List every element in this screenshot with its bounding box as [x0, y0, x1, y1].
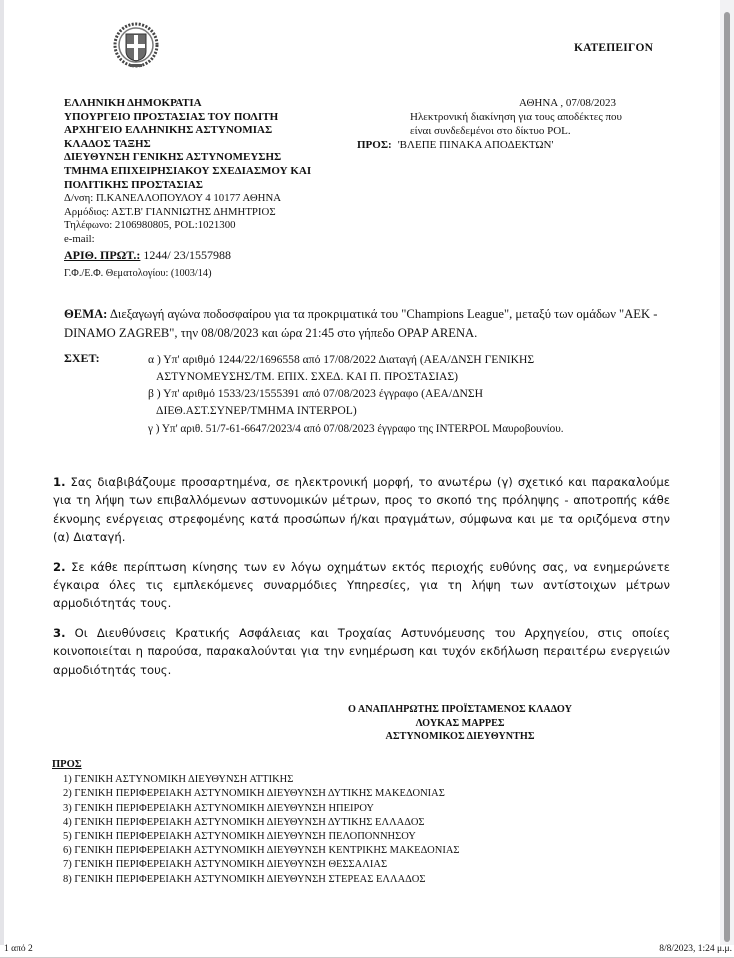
paragraph-text: Οι Διευθύνσεις Κρατικής Ασφάλειας και Τρ…: [53, 626, 670, 677]
signatory-rank: ΑΣΤΥΝΟΜΙΚΟΣ ΔΙΕΥΘΥΝΤΗΣ: [290, 730, 630, 744]
reference-item-cont: ΑΣΤΥΝΟΜΕΥΣΗΣ/ΤΜ. ΕΠΙΧ. ΣΧΕΔ. ΚΑΙ Π. ΠΡΟΣ…: [148, 368, 658, 385]
issuer-email: e-mail:: [64, 233, 311, 247]
signatory-title: Ο ΑΝΑΠΛΗΡΩΤΗΣ ΠΡΟΪΣΤΑΜΕΝΟΣ ΚΛΑΔΟΥ: [290, 703, 630, 717]
issuer-responsible: Αρμόδιος: ΑΣΤ.Β' ΓΙΑΝΝΙΩΤΗΣ ΔΗΜΗΤΡΙΟΣ: [64, 206, 311, 220]
document-page: ΚΑΤΕΠΕΙΓΟΝ ΕΛΛΗΝΙΚΗ ΔΗΜΟΚΡΑΤΙΑ ΥΠΟΥΡΓΕΙΟ…: [0, 0, 720, 945]
recipient-item: 3) ΓΕΝΙΚΗ ΠΕΡΙΦΕΡΕΙΑΚΗ ΑΣΤΥΝΟΜΙΚΗ ΔΙΕΥΘΥ…: [63, 802, 460, 816]
recipients-list: ΠΡΟΣ 1) ΓΕΝΙΚΗ ΑΣΤΥΝΟΜΙΚΗ ΔΙΕΥΘΥΝΣΗ ΑΤΤΙ…: [52, 758, 460, 887]
subject-index: Γ.Φ./Ε.Φ. Θεματολογίου: (1003/14): [64, 267, 311, 281]
distribution-notice: Ηλεκτρονική διακίνηση για τους αποδέκτες…: [410, 111, 710, 138]
issuer-line: ΑΡΧΗΓΕΙΟ ΕΛΛΗΝΙΚΗΣ ΑΣΤΥΝΟΜΙΑΣ: [64, 124, 311, 138]
to-value: 'ΒΛΕΠΕ ΠΙΝΑΚΑ ΑΠΟΔΕΚΤΩΝ': [398, 139, 554, 151]
reference-item: β ) Υπ' αριθμό 1533/23/1555391 από 07/08…: [148, 385, 658, 402]
recipient-item: 6) ΓΕΝΙΚΗ ΠΕΡΙΦΕΡΕΙΑΚΗ ΑΣΤΥΝΟΜΙΚΗ ΔΙΕΥΘΥ…: [63, 844, 460, 858]
recipient-item: 4) ΓΕΝΙΚΗ ΠΕΡΙΦΕΡΕΙΑΚΗ ΑΣΤΥΝΟΜΙΚΗ ΔΙΕΥΘΥ…: [63, 816, 460, 830]
paragraph: 2. Σε κάθε περίπτωση κίνησης των εν λόγω…: [53, 558, 670, 613]
vertical-scrollbar[interactable]: [720, 0, 734, 945]
paragraph-text: Σε κάθε περίπτωση κίνησης των εν λόγω οχ…: [53, 560, 670, 611]
paragraph-number: 1.: [53, 475, 65, 489]
paragraph-number: 2.: [53, 560, 65, 574]
to-label: ΠΡΟΣ:: [357, 139, 392, 151]
print-timestamp: 8/8/2023, 1:24 μ.μ.: [659, 944, 732, 954]
scrollbar-thumb[interactable]: [724, 12, 730, 942]
body-paragraphs: 1. Σας διαβιβάζουμε προσαρτημένα, σε ηλε…: [53, 473, 670, 690]
paragraph: 3. Οι Διευθύνσεις Κρατικής Ασφάλειας και…: [53, 624, 670, 679]
place-date: ΑΘΗΝΑ , 07/08/2023: [402, 97, 616, 111]
reference-item-cont: ΔΙΕΘ.ΑΣΤ.ΣΥΝΕΡ/ΤΜΗΜΑ INTERPOL): [148, 402, 658, 419]
issuer-phone: Τηλέφωνο: 2106980805, POL:1021300: [64, 219, 311, 233]
paragraph: 1. Σας διαβιβάζουμε προσαρτημένα, σε ηλε…: [53, 473, 670, 547]
signature-block: Ο ΑΝΑΠΛΗΡΩΤΗΣ ΠΡΟΪΣΤΑΜΕΝΟΣ ΚΛΑΔΟΥ ΛΟΥΚΑΣ…: [290, 703, 630, 744]
recipient-item: 7) ΓΕΝΙΚΗ ΠΕΡΙΦΕΡΕΙΑΚΗ ΑΣΤΥΝΟΜΙΚΗ ΔΙΕΥΘΥ…: [63, 858, 460, 872]
reference-item: α ) Υπ' αριθμό 1244/22/1696558 από 17/08…: [148, 351, 658, 368]
notice-line: είναι συνδεδεμένοι στο δίκτυο POL.: [410, 125, 710, 139]
recipient-item: 2) ΓΕΝΙΚΗ ΠΕΡΙΦΕΡΕΙΑΚΗ ΑΣΤΥΝΟΜΙΚΗ ΔΙΕΥΘΥ…: [63, 787, 460, 801]
recipient-item: 8) ΓΕΝΙΚΗ ΠΕΡΙΦΕΡΕΙΑΚΗ ΑΣΤΥΝΟΜΙΚΗ ΔΙΕΥΘΥ…: [63, 873, 460, 887]
notice-line: Ηλεκτρονική διακίνηση για τους αποδέκτες…: [410, 111, 710, 125]
paragraph-number: 3.: [53, 626, 65, 640]
references-list: α ) Υπ' αριθμό 1244/22/1696558 από 17/08…: [148, 351, 658, 438]
issuer-line: ΚΛΑΔΟΣ ΤΑΞΗΣ: [64, 138, 311, 152]
subject-label: ΘΕΜΑ:: [64, 307, 107, 321]
page-indicator: 1 από 2: [4, 944, 33, 954]
issuer-address: Δ/νση: Π.ΚΑΝΕΛΛΟΠΟΥΛΟΥ 4 10177 ΑΘΗΝΑ: [64, 192, 311, 206]
references-label: ΣΧΕΤ:: [64, 351, 100, 366]
recipient-item: 1) ΓΕΝΙΚΗ ΑΣΤΥΝΟΜΙΚΗ ΔΙΕΥΘΥΝΣΗ ΑΤΤΙΚΗΣ: [63, 773, 460, 787]
protocol-number: ΑΡΙΘ. ΠΡΩΤ.: 1244/ 23/1557988: [64, 249, 311, 263]
recipients-heading: ΠΡΟΣ: [52, 758, 460, 772]
protocol-value: 1244/ 23/1557988: [140, 248, 231, 262]
subject: ΘΕΜΑ: Διεξαγωγή αγώνα ποδοσφαίρου για τα…: [64, 305, 674, 343]
issuer-line: ΕΛΛΗΝΙΚΗ ΔΗΜΟΚΡΑΤΙΑ: [64, 97, 311, 111]
greek-coat-of-arms-icon: [112, 21, 160, 71]
recipient-item: 5) ΓΕΝΙΚΗ ΠΕΡΙΦΕΡΕΙΑΚΗ ΑΣΤΥΝΟΜΙΚΗ ΔΙΕΥΘΥ…: [63, 830, 460, 844]
issuer-line: ΔΙΕΥΘΥΝΣΗ ΓΕΝΙΚΗΣ ΑΣΤΥΝΟΜΕΥΣΗΣ: [64, 151, 311, 165]
subject-text: Διεξαγωγή αγώνα ποδοσφαίρου για τα προκρ…: [64, 307, 657, 340]
urgency-label: ΚΑΤΕΠΕΙΓΟΝ: [574, 42, 653, 54]
issuer-line: ΠΟΛΙΤΙΚΗΣ ΠΡΟΣΤΑΣΙΑΣ: [64, 179, 311, 193]
signatory-name: ΛΟΥΚΑΣ ΜΑΡΡΕΣ: [290, 717, 630, 731]
to-line: ΠΡΟΣ:'ΒΛΕΠΕ ΠΙΝΑΚΑ ΑΠΟΔΕΚΤΩΝ': [357, 139, 553, 153]
issuer-line: ΤΜΗΜΑ ΕΠΙΧΕΙΡΗΣΙΑΚΟΥ ΣΧΕΔΙΑΣΜΟΥ ΚΑΙ: [64, 165, 311, 179]
issuer-line: ΥΠΟΥΡΓΕΙΟ ΠΡΟΣΤΑΣΙΑΣ ΤΟΥ ΠΟΛΙΤΗ: [64, 111, 311, 125]
paragraph-text: Σας διαβιβάζουμε προσαρτημένα, σε ηλεκτρ…: [53, 475, 670, 544]
issuer-block: ΕΛΛΗΝΙΚΗ ΔΗΜΟΚΡΑΤΙΑ ΥΠΟΥΡΓΕΙΟ ΠΡΟΣΤΑΣΙΑΣ…: [64, 97, 311, 281]
reference-item: γ ) Υπ' αριθ. 51/7-61-6647/2023/4 από 07…: [148, 421, 658, 438]
protocol-label: ΑΡΙΘ. ΠΡΩΤ.:: [64, 248, 140, 262]
